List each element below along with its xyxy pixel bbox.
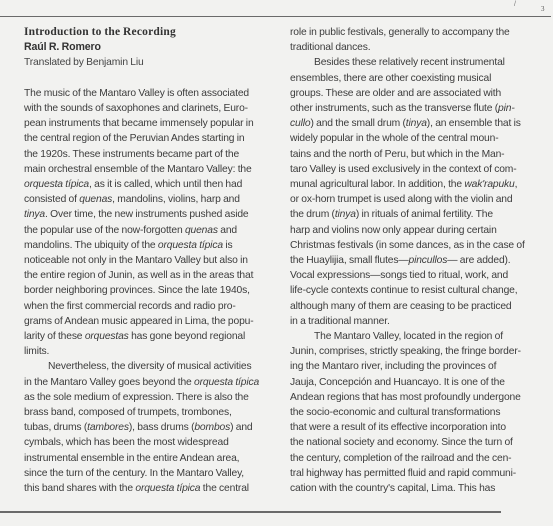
text-line: Besides these relatively recent instrume… [290, 55, 540, 70]
text-line: the drum (tinya) in rituals of animal fe… [290, 207, 540, 222]
text-run: is [223, 240, 233, 251]
text-line: noticeable not only in the Mantaro Valle… [24, 253, 274, 268]
text-line: limits. [24, 344, 274, 359]
text-run: ensembles, there are other coexisting mu… [290, 73, 491, 84]
text-run: harp and violins now only appear during … [290, 225, 497, 236]
text-run: ) and the small drum ( [310, 118, 405, 129]
text-run: noticeable not only in the Mantaro Valle… [24, 255, 248, 266]
article-title: Introduction to the Recording [24, 25, 274, 40]
text-line: since the turn of the century. In the Ma… [24, 466, 274, 481]
text-line: border neighboring provinces. Since the … [24, 283, 274, 298]
text-run: the central region of the Peruvian Andes… [24, 133, 244, 144]
article-translator: Translated by Benjamin Liu [24, 55, 274, 70]
left-column-body: The music of the Mantaro Valley is often… [24, 86, 274, 496]
text-run: consisted of [24, 194, 79, 205]
text-run: ) and [230, 422, 252, 433]
text-run: the socio-economic and cultural transfor… [290, 407, 500, 418]
text-run: and [218, 225, 237, 236]
text-line: other instruments, such as the transvers… [290, 101, 540, 116]
top-mark: / [514, 1, 516, 8]
article-author: Raúl R. Romero [24, 40, 274, 55]
text-line: although many of them are ceasing to be … [290, 299, 540, 314]
text-line: the Huaylijia, small flutes—pincullos— a… [290, 253, 540, 268]
text-line: harp and violins now only appear during … [290, 223, 540, 238]
italic-term: wak'rapuku [464, 179, 514, 190]
text-run: the central [200, 483, 249, 494]
text-line: tains and the north of Peru, but which i… [290, 147, 540, 162]
text-run: the drum ( [290, 209, 335, 220]
text-line: consisted of quenas, mandolins, violins,… [24, 192, 274, 207]
text-run: the Huaylijia, small flutes— [290, 255, 409, 266]
text-line: orquesta típica, as it is called, which … [24, 177, 274, 192]
text-run: tains and the north of Peru, but which i… [290, 149, 504, 160]
text-line: as the sole medium of expression. There … [24, 390, 274, 405]
italic-term: orquesta típica [194, 377, 259, 388]
text-line: Nevertheless, the diversity of musical a… [24, 359, 274, 374]
text-line: in the Mantaro Valley goes beyond the or… [24, 375, 274, 390]
text-line: life-cycle contexts continue to resist c… [290, 283, 540, 298]
text-line: grams of Andean music appeared in Lima, … [24, 314, 274, 329]
italic-term: quenas [185, 225, 218, 236]
bottom-rule [0, 511, 501, 513]
text-run: instrumental ensemble in the entire Ande… [24, 453, 239, 464]
text-line: munal agricultural labor. In addition, t… [290, 177, 540, 192]
text-run: Junin, comprises, strictly speaking, the… [290, 346, 521, 357]
text-line: cation with the country's capital, Lima.… [290, 481, 540, 496]
text-run: taro Valley is used exclusively in the c… [290, 164, 517, 175]
text-run: tubas, drums ( [24, 422, 87, 433]
text-line: the popular use of the now-forgotten que… [24, 223, 274, 238]
text-line: Junin, comprises, strictly speaking, the… [290, 344, 540, 359]
text-run: in the Mantaro Valley goes beyond the [24, 377, 194, 388]
text-run: life-cycle contexts continue to resist c… [290, 285, 517, 296]
top-rule [0, 16, 551, 17]
text-run: the popular use of the now-forgotten [24, 225, 185, 236]
text-line: the 1920s. These instruments became part… [24, 147, 274, 162]
text-run: with the sounds of saxophones and clarin… [24, 103, 248, 114]
text-line: Andean regions that has most profoundly … [290, 390, 540, 405]
text-run: border neighboring provinces. Since the … [24, 285, 250, 296]
text-run: , mandolins, violins, harp and [112, 194, 240, 205]
text-run: has gone beyond regional [129, 331, 245, 342]
text-run: Besides these relatively recent instrume… [314, 57, 505, 68]
italic-term: cullo [290, 118, 310, 129]
text-run: main orchestral ensemble of the Mantaro … [24, 164, 252, 175]
text-run: The Mantaro Valley, located in the regio… [314, 331, 503, 342]
text-line: mandolins. The ubiquity of the orquesta … [24, 238, 274, 253]
text-line: the century, completion of the railroad … [290, 451, 540, 466]
text-run: the century, completion of the railroad … [290, 453, 511, 464]
text-run: ) in rituals of animal fertility. The [356, 209, 493, 220]
text-run: , [515, 179, 518, 190]
italic-term: tinya [406, 118, 427, 129]
text-line: The Mantaro Valley, located in the regio… [290, 329, 540, 344]
text-run: since the turn of the century. In the Ma… [24, 468, 244, 479]
text-line: role in public festivals, generally to a… [290, 25, 540, 40]
text-run: Andean regions that has most profoundly … [290, 392, 521, 403]
text-line: tubas, drums (tambores), bass drums (bom… [24, 420, 274, 435]
text-run: the entire region of Junin, as well as i… [24, 270, 253, 281]
text-run: this band shares with the [24, 483, 135, 494]
text-run: brass band, composed of trumpets, trombo… [24, 407, 232, 418]
text-run: as the sole medium of expression. There … [24, 392, 249, 403]
text-line: groups. These are older and are associat… [290, 86, 540, 101]
text-run: cation with the country's capital, Lima.… [290, 483, 495, 494]
italic-term: tambores [87, 422, 129, 433]
text-run: role in public festivals, generally to a… [290, 27, 510, 38]
text-run: when the first commercial records and ra… [24, 301, 236, 312]
text-line: when the first commercial records and ra… [24, 299, 274, 314]
text-line: instrumental ensemble in the entire Ande… [24, 451, 274, 466]
text-line: in a traditional manner. [290, 314, 540, 329]
left-column: Introduction to the Recording Raúl R. Ro… [24, 25, 274, 496]
italic-term: orquesta típica [158, 240, 223, 251]
text-run: cymbals, which has been the most widespr… [24, 437, 229, 448]
text-run: grams of Andean music appeared in Lima, … [24, 316, 254, 327]
text-line: with the sounds of saxophones and clarin… [24, 101, 274, 116]
right-column: role in public festivals, generally to a… [290, 25, 540, 496]
text-line: tral highway has permitted fluid and rap… [290, 466, 540, 481]
text-line: pean instruments that became immensely p… [24, 116, 274, 131]
text-line: ensembles, there are other coexisting mu… [290, 71, 540, 86]
italic-term: pin- [498, 103, 515, 114]
italic-term: bombos [194, 422, 230, 433]
text-line: larity of these orquestas has gone beyon… [24, 329, 274, 344]
text-line: ing the Mantaro river, including the pro… [290, 359, 540, 374]
text-line: brass band, composed of trumpets, trombo… [24, 405, 274, 420]
text-line: main orchestral ensemble of the Mantaro … [24, 162, 274, 177]
text-run: ), an ensemble that is [427, 118, 521, 129]
text-run: other instruments, such as the transvers… [290, 103, 498, 114]
text-line: tinya. Over time, the new instruments pu… [24, 207, 274, 222]
text-run: mandolins. The ubiquity of the [24, 240, 158, 251]
text-line: cymbals, which has been the most widespr… [24, 435, 274, 450]
text-line: cullo) and the small drum (tinya), an en… [290, 116, 540, 131]
italic-term: tinya [335, 209, 356, 220]
page-number: 3 [541, 5, 545, 13]
text-run: in a traditional manner. [290, 316, 390, 327]
text-run: Christmas festivals (in some dances, as … [290, 240, 525, 251]
text-line: this band shares with the orquesta típic… [24, 481, 274, 496]
text-run: — are added). [447, 255, 510, 266]
text-run: limits. [24, 346, 49, 357]
text-run: widely popular in the whole of the centr… [290, 133, 498, 144]
text-line: or ox-horn trumpet is used along with th… [290, 192, 540, 207]
italic-term: pincullos [409, 255, 448, 266]
text-run: or ox-horn trumpet is used along with th… [290, 194, 512, 205]
text-run: Jauja, Concepción and Huancayo. It is on… [290, 377, 505, 388]
text-line: The music of the Mantaro Valley is often… [24, 86, 274, 101]
text-run: larity of these [24, 331, 85, 342]
text-line: that were a result of its effective inco… [290, 420, 540, 435]
text-line: the central region of the Peruvian Andes… [24, 131, 274, 146]
text-run: that were a result of its effective inco… [290, 422, 506, 433]
text-run: ), bass drums ( [129, 422, 195, 433]
text-line: traditional dances. [290, 40, 540, 55]
italic-term: tinya [24, 209, 45, 220]
text-run: , as it is called, which until then had [89, 179, 242, 190]
text-run: Vocal expressions—songs tied to ritual, … [290, 270, 508, 281]
text-line: Jauja, Concepción and Huancayo. It is on… [290, 375, 540, 390]
italic-term: quenas [79, 194, 112, 205]
text-run: ing the Mantaro river, including the pro… [290, 361, 496, 372]
text-line: taro Valley is used exclusively in the c… [290, 162, 540, 177]
text-run: although many of them are ceasing to be … [290, 301, 512, 312]
italic-term: orquesta típica [135, 483, 200, 494]
text-run: pean instruments that became immensely p… [24, 118, 254, 129]
text-run: the 1920s. These instruments became part… [24, 149, 239, 160]
italic-term: orquesta típica [24, 179, 89, 190]
text-run: The music of the Mantaro Valley is often… [24, 88, 249, 99]
text-line: the socio-economic and cultural transfor… [290, 405, 540, 420]
text-line: widely popular in the whole of the centr… [290, 131, 540, 146]
text-run: tral highway has permitted fluid and rap… [290, 468, 516, 479]
text-run: Nevertheless, the diversity of musical a… [48, 361, 251, 372]
text-line: Christmas festivals (in some dances, as … [290, 238, 540, 253]
text-line: Vocal expressions—songs tied to ritual, … [290, 268, 540, 283]
text-line: the entire region of Junin, as well as i… [24, 268, 274, 283]
text-run: traditional dances. [290, 42, 370, 53]
text-run: groups. These are older and are associat… [290, 88, 501, 99]
text-run: munal agricultural labor. In addition, t… [290, 179, 464, 190]
italic-term: orquestas [85, 331, 129, 342]
text-line: the national society and economy. Since … [290, 435, 540, 450]
text-run: . Over time, the new instruments pushed … [45, 209, 248, 220]
text-run: the national society and economy. Since … [290, 437, 513, 448]
right-column-body: role in public festivals, generally to a… [290, 25, 540, 496]
